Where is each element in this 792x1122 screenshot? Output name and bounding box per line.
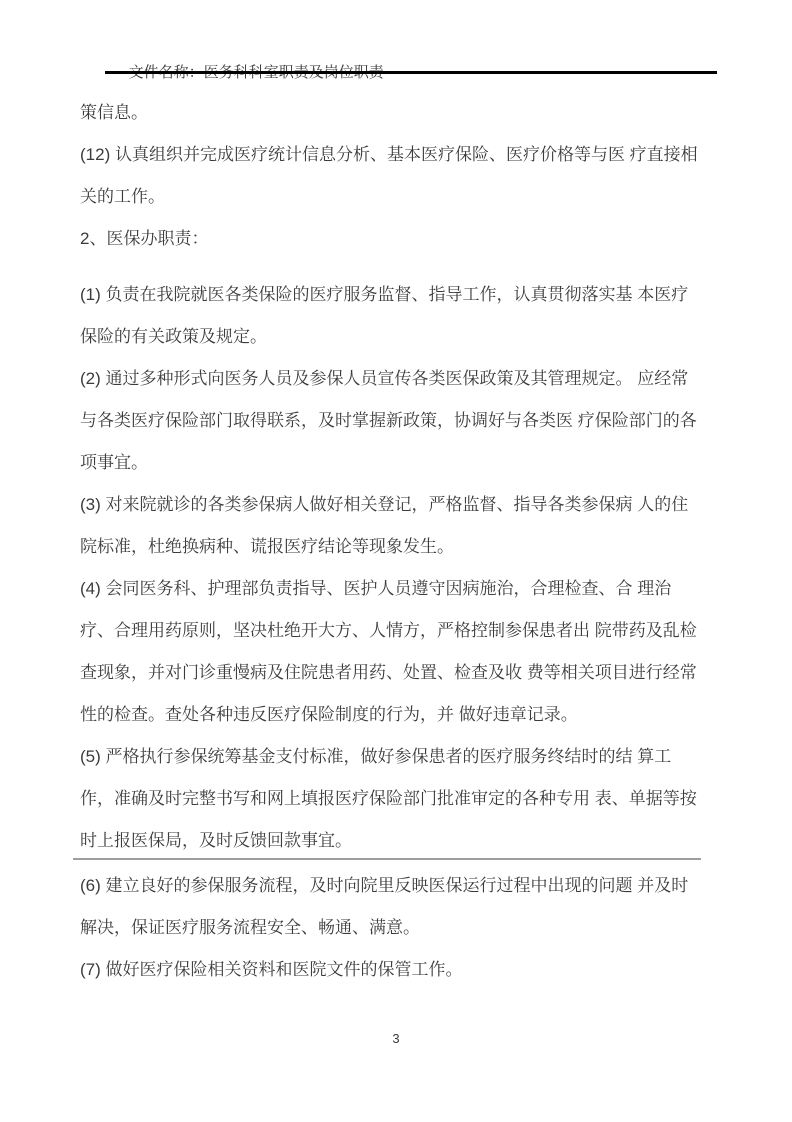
paragraph-item-2: (2) 通过多种形式向医务人员及参保人员宣传各类医保政策及其管理规定。 应经常 … xyxy=(80,358,730,484)
text-line: 保险的有关政策及规定。 xyxy=(80,316,730,358)
paragraph-item-1: (1) 负责在我院就医各类保险的医疗服务监督、指导工作，认真贯彻落实基 本医疗 … xyxy=(80,274,730,358)
paragraph-item-4: (4) 会同医务科、护理部负责指导、医护人员遵守因病施治，合理检查、合 理治 疗… xyxy=(80,568,730,736)
text-line: (6) 建立良好的参保服务流程，及时向院里反映医保运行过程中出现的问题 并及时 xyxy=(80,865,730,907)
section-heading: 2、医保办职责： xyxy=(80,218,730,260)
text-line: 查现象，并对门诊重慢病及住院患者用药、处置、检查及收 费等相关项目进行经常 xyxy=(80,652,730,694)
text-line: 解决，保证医疗服务流程安全、畅通、满意。 xyxy=(80,907,730,949)
paragraph-item-7: (7) 做好医疗保险相关资料和医院文件的保管工作。 xyxy=(80,949,730,991)
text-line: 2、医保办职责： xyxy=(80,218,730,260)
document-body: 策信息。 (12) 认真组织并完成医疗统计信息分析、基本医疗保险、医疗价格等与医… xyxy=(80,92,730,991)
text-line: 项事宜。 xyxy=(80,442,730,484)
header-rule xyxy=(105,71,717,74)
text-line: (5) 严格执行参保统筹基金支付标准，做好参保患者的医疗服务终结时的结 算工 xyxy=(80,736,730,778)
text-line: (7) 做好医疗保险相关资料和医院文件的保管工作。 xyxy=(80,949,730,991)
paragraph-item-12: (12) 认真组织并完成医疗统计信息分析、基本医疗保险、医疗价格等与医 疗直接相… xyxy=(80,134,730,218)
text-line: 关的工作。 xyxy=(80,176,730,218)
document-page: 文件名称：医务科科室职责及岗位职责 策信息。 (12) 认真组织并完成医疗统计信… xyxy=(0,0,792,1122)
text-line: 作，准确及时完整书写和网上填报医疗保险部门批准审定的各种专用 表、单据等按 xyxy=(80,778,730,820)
text-line: (4) 会同医务科、护理部负责指导、医护人员遵守因病施治，合理检查、合 理治 xyxy=(80,568,730,610)
paragraph-item-5: (5) 严格执行参保统筹基金支付标准，做好参保患者的医疗服务终结时的结 算工 作… xyxy=(80,736,730,862)
text-line: 时上报医保局，及时反馈回款事宜。 xyxy=(80,820,730,862)
text-line: 与各类医疗保险部门取得联系，及时掌握新政策，协调好与各类医 疗保险部门的各 xyxy=(80,400,730,442)
paragraph-item-3: (3) 对来院就诊的各类参保病人做好相关登记，严格监督、指导各类参保病 人的住 … xyxy=(80,484,730,568)
text-line: (2) 通过多种形式向医务人员及参保人员宣传各类医保政策及其管理规定。 应经常 xyxy=(80,358,730,400)
text-line: (3) 对来院就诊的各类参保病人做好相关登记，严格监督、指导各类参保病 人的住 xyxy=(80,484,730,526)
text-line: (12) 认真组织并完成医疗统计信息分析、基本医疗保险、医疗价格等与医 疗直接相 xyxy=(80,134,730,176)
text-line: 疗、合理用药原则，坚决杜绝开大方、人情方，严格控制参保患者出 院带药及乱检 xyxy=(80,610,730,652)
page-footer: 3 xyxy=(0,1031,792,1046)
paragraph-continuation: 策信息。 xyxy=(80,92,730,134)
text-line: 性的检查。查处各种违反医疗保险制度的行为，并 做好违章记录。 xyxy=(80,694,730,736)
page-number: 3 xyxy=(392,1031,399,1046)
text-line: 院标准，杜绝换病种、谎报医疗结论等现象发生。 xyxy=(80,526,730,568)
text-line: (1) 负责在我院就医各类保险的医疗服务监督、指导工作，认真贯彻落实基 本医疗 xyxy=(80,274,730,316)
text-line: 策信息。 xyxy=(80,92,730,134)
paragraph-item-6: (6) 建立良好的参保服务流程，及时向院里反映医保运行过程中出现的问题 并及时 … xyxy=(80,865,730,949)
